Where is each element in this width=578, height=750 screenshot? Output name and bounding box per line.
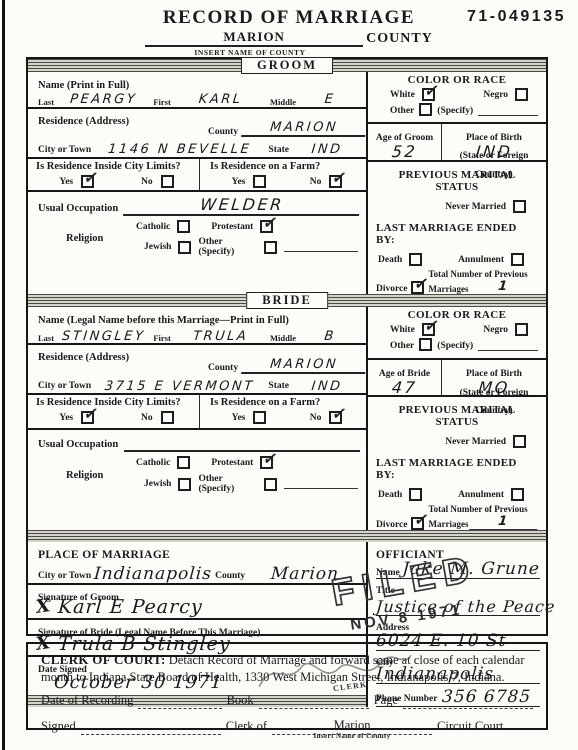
no-label: No (141, 177, 153, 187)
marriage-county-value: Marion (248, 566, 363, 583)
bride-prev-marriages-value: 1 (470, 515, 539, 530)
yes-label: Yes (59, 177, 73, 187)
bride-first-value: TRULA (174, 330, 267, 344)
groom-first-value: KARL (174, 93, 267, 107)
prev-marital-heading: PREVIOUS MARITAL STATUS (376, 169, 538, 193)
record-number: 71-049135 (467, 8, 566, 26)
signed-label: Signed (41, 718, 76, 735)
date-of-recording-label: Date of Recording (41, 692, 133, 709)
residence-label: Residence (Address) (38, 116, 129, 127)
checkbox-bride-catholic (177, 456, 190, 469)
checkbox-groom-race-other (419, 103, 432, 116)
race-specify-line (478, 341, 538, 351)
city-label: City or Town (38, 381, 91, 393)
checkbox-groom-protestant: ✓ (260, 220, 273, 233)
divorce-label: Divorce (376, 284, 407, 294)
checkbox-groom-annulment (511, 253, 524, 266)
check-mark: ✓ (331, 404, 344, 423)
last-label: Last (38, 97, 54, 107)
bride-city-value: 3715 E VERMONT (93, 380, 266, 394)
officiant-title-label: Title (376, 586, 395, 596)
bride-religion-row: Religion Catholic Protestant ✓ Jewish Ot… (28, 453, 366, 497)
marriages-label: Marriages (428, 519, 468, 530)
bride-section-band: BRIDE (28, 294, 546, 307)
catholic-label: Catholic (136, 458, 170, 468)
groom-section: Name (Print in Full) Last PEARGY First K… (28, 72, 546, 294)
checkbox-bride-white: ✓ (422, 323, 435, 336)
marriage-city-county-row: City or Town Indianapolis County Marion (28, 563, 366, 585)
religion-label: Religion (66, 233, 103, 244)
divorce-label: Divorce (376, 520, 407, 530)
groom-race-row: COLOR OR RACE White✓ Negro Other (Specif… (368, 72, 546, 124)
county-label: County (208, 127, 238, 137)
page-label: Page (374, 692, 398, 709)
religion-label: Religion (66, 470, 103, 481)
check-mark: ✓ (424, 81, 437, 100)
checkbox-groom-catholic (177, 220, 190, 233)
bride-race-row: COLOR OR RACE White✓ Negro Other (Specif… (368, 307, 546, 360)
groom-age-value: 52 (367, 144, 442, 161)
bride-age-birth-row: Age of Bride 47 Place of Birth (State or… (368, 360, 546, 397)
other-specify-line (284, 479, 358, 489)
city-label: City or Town (38, 571, 91, 583)
yes-label: Yes (232, 177, 246, 187)
clerk-instructions: CLERK OF COURT: Detach Record of Marriag… (41, 651, 533, 686)
groom-last-value: PEARGY (57, 93, 150, 107)
catholic-label: Catholic (136, 222, 170, 232)
death-label: Death (378, 490, 402, 500)
other-label: Other (390, 106, 414, 116)
middle-label: Middle (270, 97, 296, 107)
bride-county-value: MARION (241, 358, 367, 374)
protestant-label: Protestant (211, 222, 253, 232)
checkbox-bride-negro (515, 323, 528, 336)
other-specify-line (284, 242, 358, 252)
officiant-title-value: Justice of the Peace (375, 599, 556, 615)
main-form: GROOM Name (Print in Full) Last PEARGY F… (26, 57, 548, 636)
occupation-label: Usual Occupation (38, 203, 118, 216)
date-of-recording-line (138, 697, 221, 709)
groom-limits-farm-row: Is Residence Inside City Limits? Yes✓ No… (28, 159, 366, 192)
signed-line (81, 723, 221, 735)
check-mark: ✓ (262, 449, 275, 468)
checkbox-groom-limits-no (161, 175, 174, 188)
recording-row: Date of Recording Book Page (41, 692, 533, 709)
checkbox-groom-never-married (513, 200, 526, 213)
no-label: No (310, 413, 322, 423)
race-heading: COLOR OR RACE (376, 74, 538, 86)
other-label: Other (390, 341, 414, 351)
officiant-name-value: Jake M. Grune (401, 561, 540, 578)
section-divider-band (28, 530, 546, 542)
check-mark: ✓ (413, 274, 426, 293)
check-mark: ✓ (83, 404, 96, 423)
bride-limits-farm-row: Is Residence Inside City Limits? Yes✓ No… (28, 395, 366, 430)
groom-occupation-value: WELDER (123, 197, 361, 216)
no-label: No (141, 413, 153, 423)
never-married-label: Never Married (445, 202, 506, 212)
checkbox-bride-limits-no (161, 411, 174, 424)
yes-label: Yes (232, 413, 246, 423)
checkbox-bride-death (409, 488, 422, 501)
death-label: Death (378, 255, 402, 265)
clerk-county-entry: Marion Insert Name of County (272, 717, 432, 735)
jewish-label: Jewish (144, 479, 171, 489)
bride-occupation-value (124, 450, 360, 452)
groom-age-birth-row: Age of Groom 52 Place of Birth (State or… (368, 124, 546, 162)
groom-birth-value: IND (441, 144, 547, 161)
prev-marital-heading: PREVIOUS MARITAL STATUS (376, 404, 538, 428)
city-limits-question: Is Residence Inside City Limits? (36, 161, 197, 172)
ended-by-heading: LAST MARRIAGE ENDED BY: (376, 222, 538, 246)
check-mark: ✓ (413, 510, 426, 529)
page-line (403, 697, 533, 709)
bride-city-row: City or Town 3715 E VERMONT State IND (28, 373, 366, 395)
annulment-label: Annulment (458, 255, 504, 265)
checkbox-bride-race-other (419, 338, 432, 351)
checkbox-bride-farm-yes (253, 411, 266, 424)
groom-section-band: GROOM (28, 59, 546, 72)
checkbox-bride-protestant: ✓ (260, 456, 273, 469)
race-specify-line (478, 106, 538, 116)
county-word: COUNTY (366, 31, 433, 47)
city-limits-question: Is Residence Inside City Limits? (36, 397, 197, 408)
specify-label: (Specify) (437, 341, 473, 351)
bride-state-value: IND (291, 380, 362, 394)
checkbox-bride-never-married (513, 435, 526, 448)
checkbox-bride-farm-no: ✓ (329, 411, 342, 424)
groom-marital-row: PREVIOUS MARITAL STATUS Never Married LA… (368, 162, 546, 294)
clerk-of-court-box: CLERK OF COURT: Detach Record of Marriag… (26, 642, 548, 730)
groom-city-value: 1146 N BEVELLE (93, 143, 266, 157)
county-label: County (208, 363, 238, 373)
total-prev-label: Total Number of Previous (428, 504, 527, 514)
check-mark: ✓ (424, 316, 437, 335)
bride-occupation-row: Usual Occupation (28, 430, 366, 453)
checkbox-groom-farm-yes (253, 175, 266, 188)
marriage-record-scan: RECORD OF MARRIAGE 71-049135 MARION COUN… (0, 0, 578, 750)
groom-religion-row: Religion Catholic Protestant ✓ Jewish Ot… (28, 217, 366, 260)
bride-residence-row: Residence (Address) County MARION (28, 345, 366, 373)
no-label: No (310, 177, 322, 187)
checkbox-bride-annulment (511, 488, 524, 501)
clerk-heading: CLERK OF COURT: (41, 652, 166, 667)
signed-row: Signed Clerk of Marion Insert Name of Co… (41, 717, 533, 735)
county-label: County (215, 571, 245, 583)
officiant-title-row: Justice of the Peace (376, 590, 540, 616)
checkbox-bride-jewish (178, 478, 191, 491)
checkbox-groom-limits-yes: ✓ (81, 175, 94, 188)
first-label: First (153, 333, 170, 343)
groom-name-label: Name (Print in Full) (38, 80, 129, 91)
county-hint: INSERT NAME OF COUNTY (0, 48, 500, 57)
groom-city-row: City or Town 1146 N BEVELLE State IND (28, 137, 366, 159)
negro-label: Negro (483, 90, 508, 100)
document-header: RECORD OF MARRIAGE 71-049135 MARION COUN… (0, 0, 578, 57)
checkbox-groom-negro (515, 88, 528, 101)
clerk-county-value: Marion (334, 718, 371, 732)
middle-label: Middle (270, 333, 296, 343)
place-of-marriage-heading: PLACE OF MARRIAGE (38, 549, 170, 561)
book-line (259, 697, 369, 709)
bride-age-value: 47 (367, 380, 442, 397)
state-label: State (268, 145, 289, 157)
bride-name-label: Name (Legal Name before this Marriage—Pr… (38, 315, 289, 326)
groom-middle-value: E (299, 93, 360, 107)
groom-signature-value: Karl E Pearcy (57, 598, 203, 617)
residence-label: Residence (Address) (38, 352, 129, 363)
other-specify-label: Other (Specify) (198, 237, 257, 257)
first-label: First (153, 97, 170, 107)
state-label: State (268, 381, 289, 393)
groom-signature-row: X Karl E Pearcy (28, 598, 366, 620)
bride-section: Name (Legal Name before this Marriage—Pr… (28, 307, 546, 529)
checkbox-bride-other (264, 478, 277, 491)
clerk-instruction-line2: Indiana State Board of Health, 1330 West… (89, 670, 505, 684)
white-label: White (390, 90, 415, 100)
groom-state-value: IND (291, 143, 362, 157)
check-mark: ✓ (83, 168, 96, 187)
checkbox-groom-other (264, 241, 277, 254)
groom-x-mark: X (35, 595, 52, 618)
clerk-of-label: Clerk of (226, 718, 267, 735)
insert-county-hint: Insert Name of County (272, 732, 432, 741)
circuit-court-label: Circuit Court (437, 718, 503, 735)
officiant-name-label: Name (376, 568, 400, 578)
bride-last-value: STINGLEY (57, 330, 150, 344)
negro-label: Negro (483, 325, 508, 335)
checkbox-groom-divorce: ✓ (411, 281, 424, 294)
ended-by-heading: LAST MARRIAGE ENDED BY: (376, 457, 538, 481)
total-prev-label: Total Number of Previous (428, 269, 527, 279)
city-label: City or Town (38, 145, 91, 157)
checkbox-groom-death (409, 253, 422, 266)
other-specify-label: Other (Specify) (198, 474, 257, 494)
bride-marital-row: PREVIOUS MARITAL STATUS Never Married LA… (368, 397, 546, 529)
annulment-label: Annulment (458, 490, 504, 500)
scan-edge-artifact (2, 0, 5, 750)
checkbox-groom-white: ✓ (422, 88, 435, 101)
check-mark: ✓ (262, 213, 275, 232)
white-label: White (390, 325, 415, 335)
checkbox-groom-jewish (178, 241, 191, 254)
book-label: Book (227, 692, 254, 709)
marriages-label: Marriages (428, 284, 468, 295)
never-married-label: Never Married (445, 437, 506, 447)
groom-residence-row: Residence (Address) County MARION (28, 109, 366, 137)
bride-middle-value: B (299, 330, 360, 344)
checkbox-bride-divorce: ✓ (411, 517, 424, 530)
bride-birth-value: MO (441, 380, 547, 397)
last-label: Last (38, 333, 54, 343)
county-name-entry: MARION (145, 29, 363, 47)
checkbox-groom-farm-no: ✓ (329, 175, 342, 188)
checkbox-bride-limits-yes: ✓ (81, 411, 94, 424)
groom-name-row: Name (Print in Full) Last PEARGY First K… (28, 72, 366, 109)
groom-prev-marriages-value: 1 (470, 280, 539, 295)
check-mark: ✓ (331, 168, 344, 187)
jewish-label: Jewish (144, 242, 171, 252)
marriage-city-value: Indianapolis (94, 566, 213, 583)
officiant-name-row: Name Jake M. Grune (376, 563, 540, 579)
occupation-label: Usual Occupation (38, 439, 118, 452)
bride-name-row: Name (Legal Name before this Marriage—Pr… (28, 307, 366, 345)
groom-county-value: MARION (241, 121, 367, 137)
race-heading: COLOR OR RACE (376, 309, 538, 321)
groom-occupation-row: Usual Occupation WELDER (28, 192, 366, 217)
specify-label: (Specify) (437, 106, 473, 116)
protestant-label: Protestant (211, 458, 253, 468)
page-title: RECORD OF MARRIAGE (163, 7, 415, 28)
yes-label: Yes (59, 413, 73, 423)
